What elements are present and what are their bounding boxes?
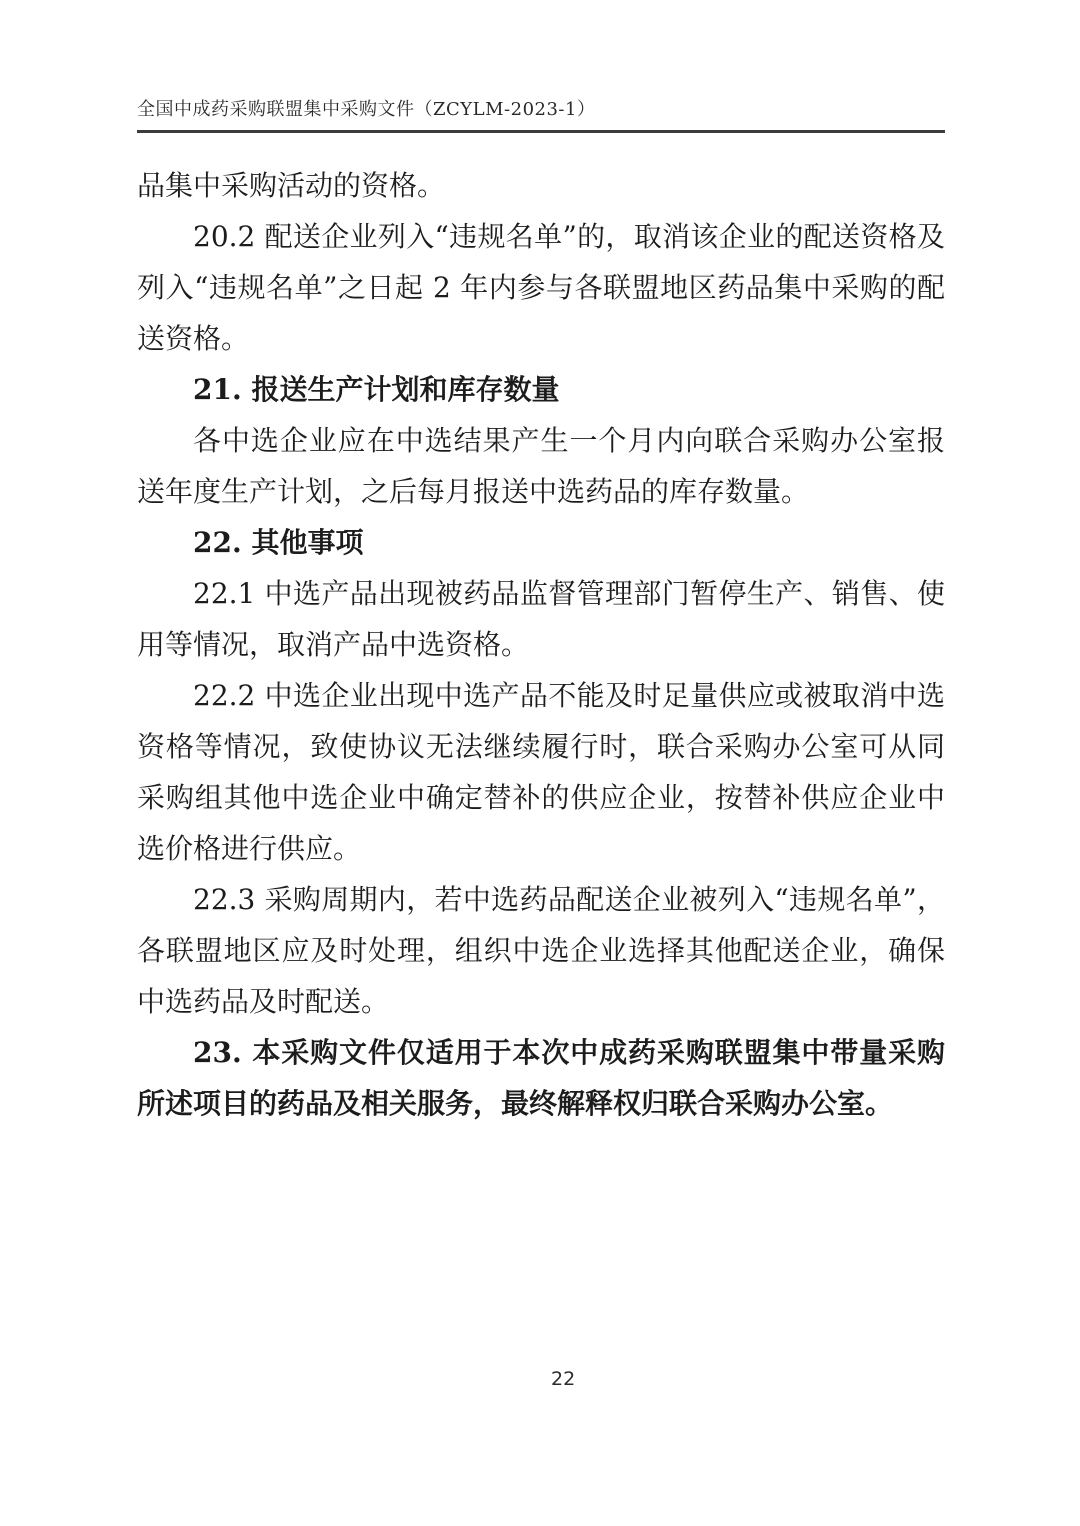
document-page: 全国中成药采购联盟集中采购文件（ZCYLM-2023-1） 品集中采购活动的资格… [0, 0, 1080, 1526]
para-21-body: 各中选企业应在中选结果产生一个月内向联合采购办公室报送年度生产计划，之后每月报送… [137, 415, 945, 517]
para-20-2: 20.2 配送企业列入“违规名单”的，取消该企业的配送资格及列入“违规名单”之日… [137, 211, 945, 364]
header-title: 全国中成药采购联盟集中采购文件（ZCYLM-2023-1） [137, 98, 945, 122]
para-23: 23. 本采购文件仅适用于本次中成药采购联盟集中带量采购所述项目的药品及相关服务… [137, 1027, 945, 1129]
page-header: 全国中成药采购联盟集中采购文件（ZCYLM-2023-1） [137, 98, 945, 133]
para-continuation: 品集中采购活动的资格。 [137, 160, 945, 211]
para-22-2: 22.2 中选企业出现中选产品不能及时足量供应或被取消中选资格等情况，致使协议无… [137, 670, 945, 874]
header-rule [137, 130, 945, 133]
para-22-1: 22.1 中选产品出现被药品监督管理部门暂停生产、销售、使用等情况，取消产品中选… [137, 568, 945, 670]
document-body: 品集中采购活动的资格。20.2 配送企业列入“违规名单”的，取消该企业的配送资格… [137, 160, 945, 1129]
heading-22: 22. 其他事项 [137, 517, 945, 568]
para-22-3: 22.3 采购周期内，若中选药品配送企业被列入“违规名单”，各联盟地区应及时处理… [137, 874, 945, 1027]
page-number: 22 [551, 1368, 575, 1390]
heading-21: 21. 报送生产计划和库存数量 [137, 364, 945, 415]
